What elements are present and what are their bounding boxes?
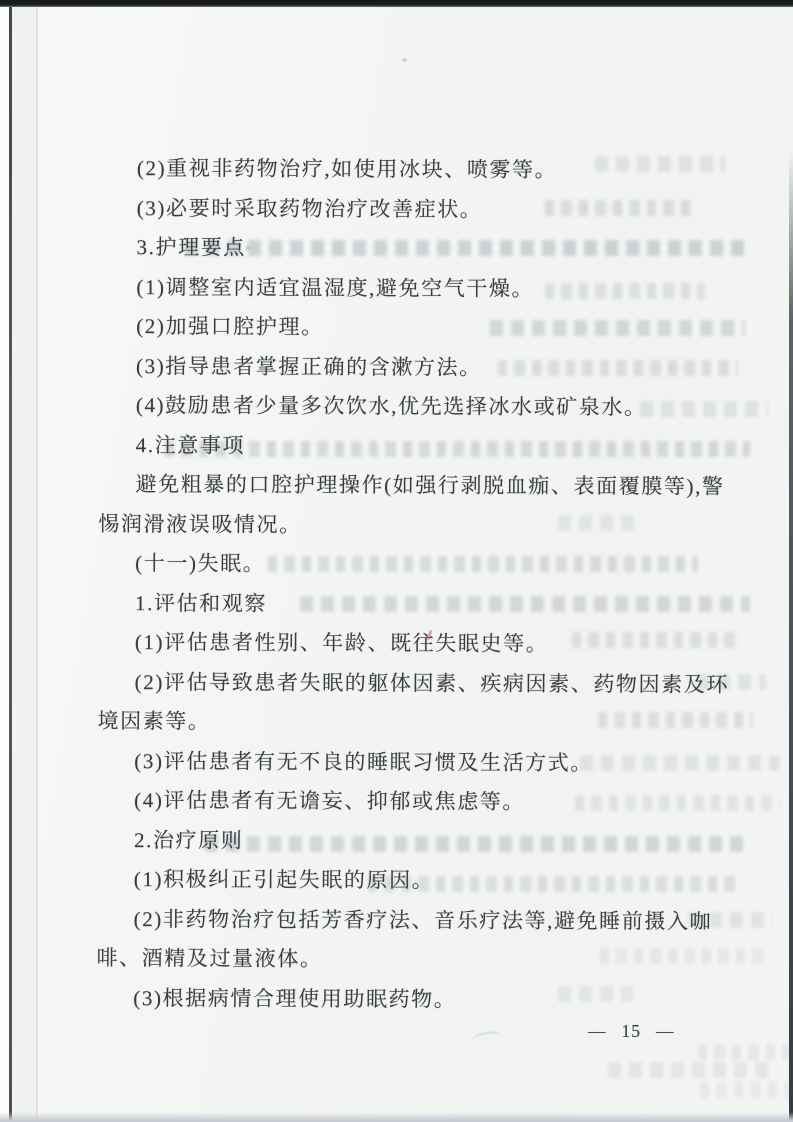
text-line: (1)调整室内适宜温湿度,避免空气干燥。 xyxy=(99,267,739,309)
section-heading: 4.注意事项 xyxy=(99,425,739,467)
bleedthrough-artifact xyxy=(698,1044,790,1060)
bleedthrough-artifact xyxy=(608,1062,773,1078)
text-line: (1)积极纠正引起失眠的原因。 xyxy=(97,860,737,902)
text-line-continuation: 惕润滑液误吸情况。 xyxy=(98,504,738,546)
text-line: (2)重视非药物治疗,如使用冰块、喷雾等。 xyxy=(100,149,740,191)
page-number-value: 15 xyxy=(622,1021,642,1042)
text-line: (4)评估患者有无谵妄、抑郁或焦虑等。 xyxy=(97,781,737,823)
text-line: (3)指导患者掌握正确的含漱方法。 xyxy=(99,346,739,388)
scan-edge-bottom xyxy=(0,1112,793,1122)
scan-speck xyxy=(402,58,407,62)
scan-speck xyxy=(471,1030,503,1049)
text-line: 避免粗暴的口腔护理操作(如强行剥脱血痂、表面覆膜等),警 xyxy=(98,465,738,507)
text-line: (3)评估患者有无不良的睡眠习惯及生活方式。 xyxy=(97,741,737,783)
scan-edge-left-zone xyxy=(12,7,36,1122)
text-line: (3)根据病情合理使用助眠药物。 xyxy=(96,978,736,1020)
section-heading: 1.评估和观察 xyxy=(98,583,738,625)
text-line: (2)非药物治疗包括芳香疗法、音乐疗法等,避免睡前摄入咖 xyxy=(97,899,737,941)
scan-edge-left-crease xyxy=(36,7,38,1122)
text-line: (1)评估患者性别、年龄、既往失眠史等。 xyxy=(98,623,738,665)
scan-edge-left-margin xyxy=(0,7,9,1122)
section-heading: 3.护理要点 xyxy=(99,228,739,270)
page-number-dash-right: — xyxy=(656,1021,675,1042)
text-line: (3)必要时采取药物治疗改善症状。 xyxy=(100,188,740,230)
text-line: (2)加强口腔护理。 xyxy=(99,307,739,349)
page-number-dash-left: — xyxy=(588,1021,607,1042)
text-line-continuation: 啡、酒精及过量液体。 xyxy=(96,939,736,981)
scan-edge-top xyxy=(0,0,793,7)
section-heading: 2.治疗原则 xyxy=(97,820,737,862)
scan-edge-right-line xyxy=(789,150,793,1122)
text-line-continuation: 境因素等。 xyxy=(97,702,737,744)
page-number: — 15 — xyxy=(588,1021,675,1042)
section-heading: (十一)失眠。 xyxy=(98,544,738,586)
document-body: (2)重视非药物治疗,如使用冰块、喷雾等。 (3)必要时采取药物治疗改善症状。 … xyxy=(96,149,740,1021)
text-line: (2)评估导致患者失眠的躯体因素、疾病因素、药物因素及环 xyxy=(98,662,738,704)
bleedthrough-artifact xyxy=(700,1082,790,1098)
text-line: (4)鼓励患者少量多次饮水,优先选择冰水或矿泉水。 xyxy=(99,386,739,428)
